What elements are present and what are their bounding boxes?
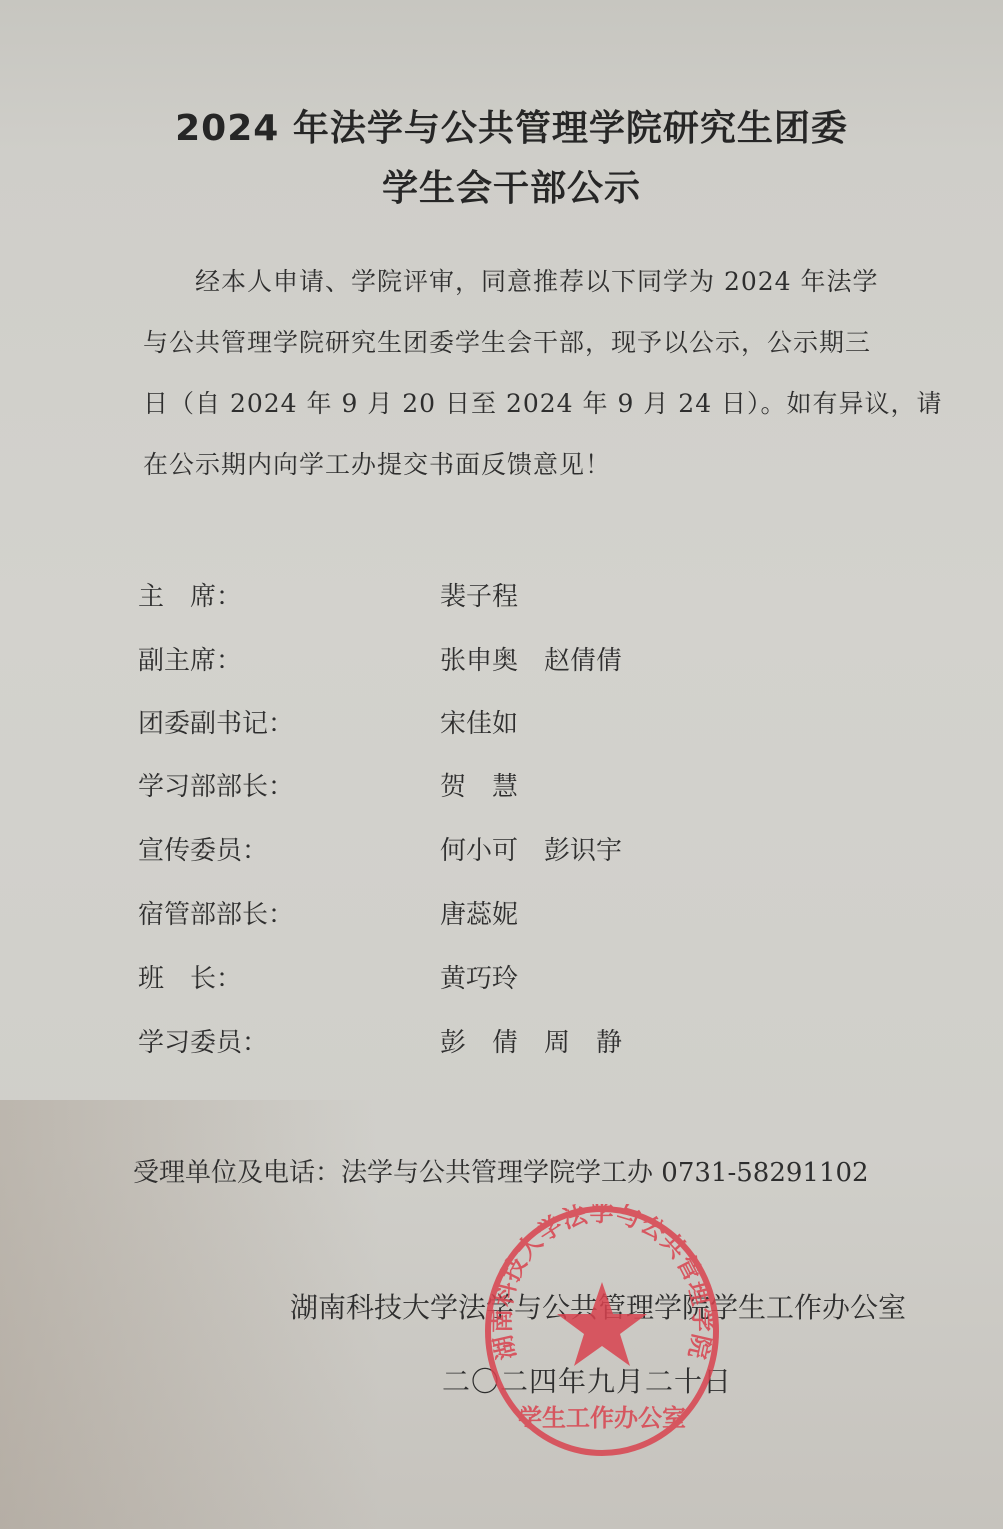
contact-label: 受理单位及电话： [133,1158,341,1188]
stamp-bottom-text: 学生工作办公室 [518,1404,686,1432]
role-names: 张申奥 赵倩倩 [440,640,622,677]
stamp-outer-text: 湖南科技大学法学与公共管理学院 [488,1204,716,1362]
role-label: 副主席： [138,640,418,677]
svg-text:湖南科技大学法学与公共管理学院: 湖南科技大学法学与公共管理学院 [488,1204,716,1362]
role-names: 贺 慧 [440,766,518,803]
role-names: 黄巧玲 [440,958,518,995]
role-names: 宋佳如 [440,703,518,740]
role-label: 班 长： [138,958,418,995]
role-names: 彭 倩 周 静 [440,1022,622,1059]
role-label: 宣传委员： [138,830,418,867]
paragraph-line: 日（自 2024 年 9 月 20 日至 2024 年 9 月 24 日）。如有… [143,374,943,434]
paragraph-line: 经本人申请、学院评审，同意推荐以下同学为 2024 年法学 [143,252,879,312]
role-label: 主 席： [138,576,418,613]
title-line-1: 2024 年法学与公共管理学院研究生团委 [10,100,1003,151]
role-names: 裴子程 [440,576,518,613]
role-names: 唐蕊妮 [440,894,518,931]
issue-date: 二〇二四年九月二十日 [442,1360,732,1400]
title-line-2: 学生会干部公示 [10,160,1003,211]
role-names: 何小可 彭识宇 [440,830,622,867]
issuing-office: 湖南科技大学法学与公共管理学院学生工作办公室 [290,1286,906,1326]
role-label: 宿管部部长： [138,894,418,931]
paragraph-line: 与公共管理学院研究生团委学生会干部，现予以公示，公示期三 [143,313,871,373]
official-seal-stamp: 湖南科技大学法学与公共管理学院 学生工作办公室 [482,1204,722,1459]
contact-unit: 法学与公共管理学院学工办 [341,1158,653,1188]
paragraph-line: 在公示期内向学工办提交书面反馈意见！ [143,435,611,495]
role-label: 学习部部长： [138,766,418,803]
contact-phone: 0731-58291102 [661,1158,868,1188]
role-label: 团委副书记： [138,703,418,740]
role-label: 学习委员： [138,1022,418,1059]
contact-line: 受理单位及电话：法学与公共管理学院学工办 0731-58291102 [133,1152,869,1189]
